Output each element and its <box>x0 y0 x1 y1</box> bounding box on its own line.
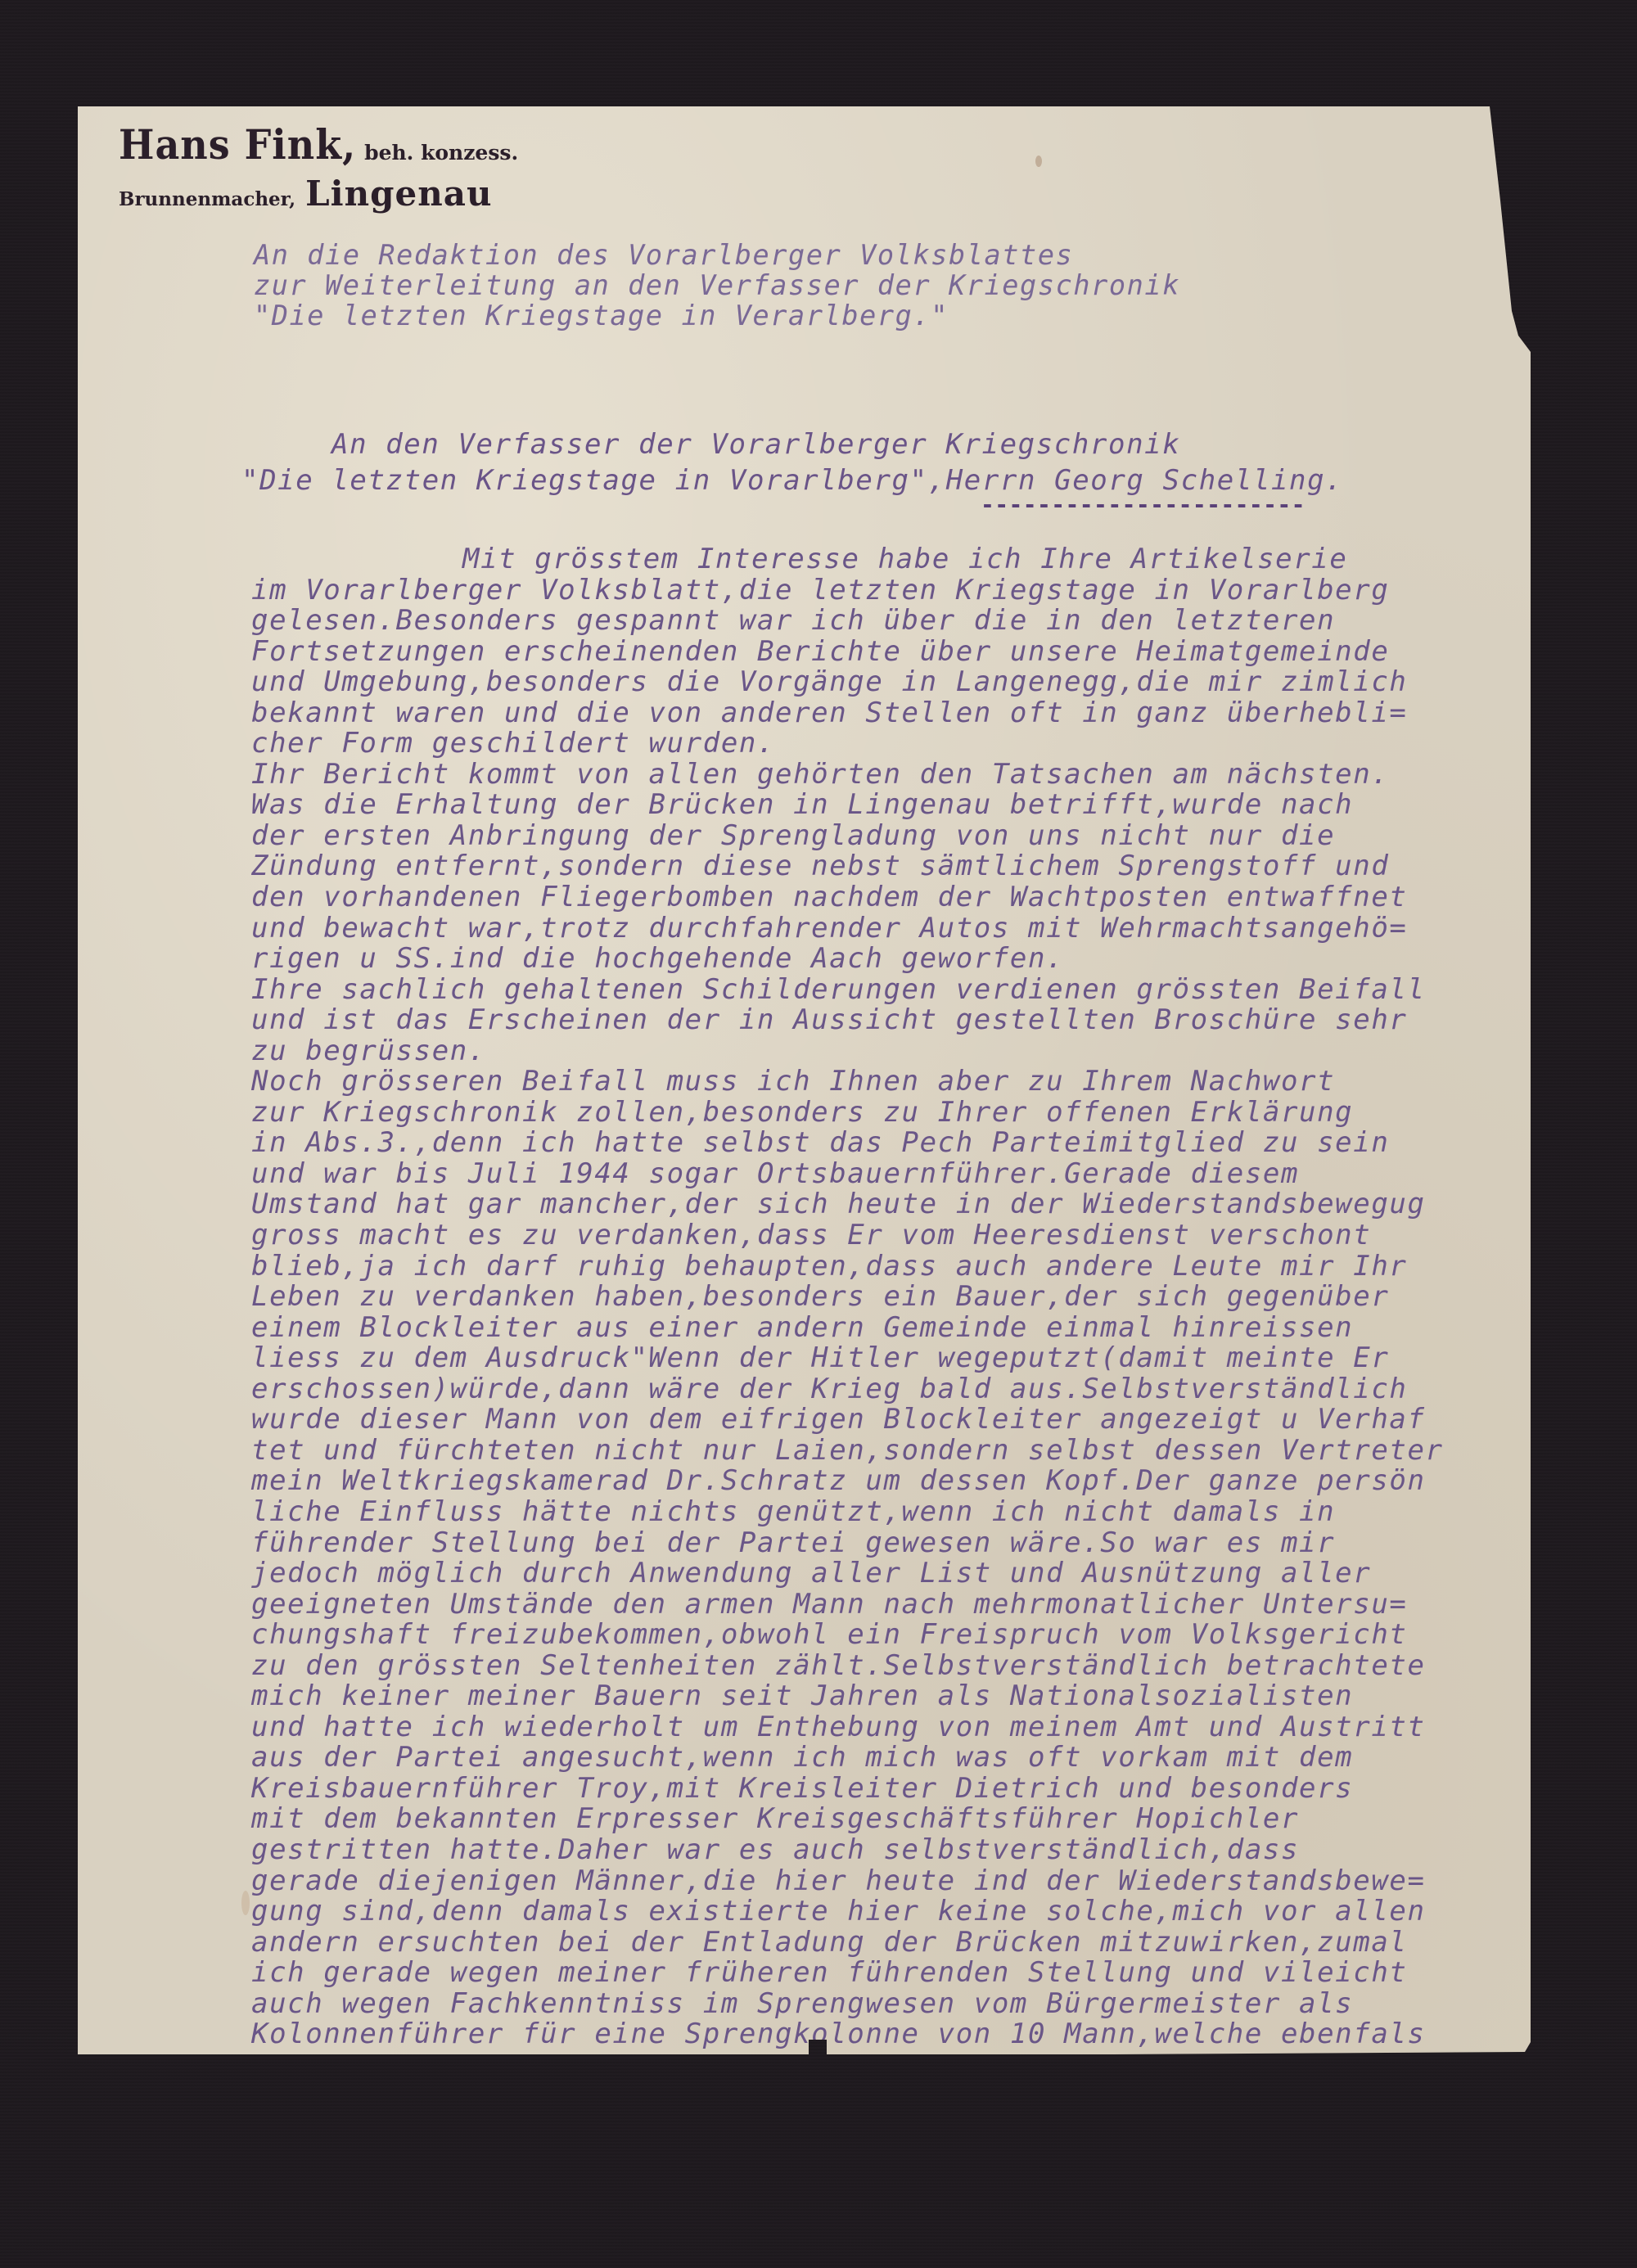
letterhead-town: Lingenau <box>305 174 492 214</box>
body-line: tet und fürchteten nicht nur Laien,sonde… <box>251 1436 1444 1467</box>
body-line: mit dem bekannten Erpresser Kreisgeschäf… <box>251 1804 1444 1835</box>
body-line: jedoch möglich durch Anwendung aller Lis… <box>251 1558 1444 1589</box>
body-line: wurde dieser Mann von dem eifrigen Block… <box>251 1405 1444 1436</box>
address-line: "Die letzten Kriegstage in Verarlberg." <box>254 300 1180 331</box>
body-line: und ist das Erscheinen der in Aussicht g… <box>251 1005 1444 1036</box>
body-line: blieb,ja ich darf ruhig behaupten,dass a… <box>251 1251 1444 1283</box>
body-line: aus der Partei angesucht,wenn ich mich w… <box>251 1743 1444 1774</box>
paper-stain <box>1035 156 1042 167</box>
body-line: Umstand hat gar mancher,der sich heute i… <box>251 1189 1444 1220</box>
body-line: geeigneten Umstände den armen Mann nach … <box>251 1589 1444 1621</box>
body-line: bekannt waren und die von anderen Stelle… <box>251 698 1444 729</box>
body-line: der ersten Anbringung der Sprengladung v… <box>251 821 1444 852</box>
letterhead-name: Hans Fink, <box>119 121 356 169</box>
letterhead-trade: Brunnenmacher, <box>119 188 295 210</box>
body-line: chungshaft freizubekommen,obwohl ein Fre… <box>251 1620 1444 1651</box>
body-line: erschossen)würde,dann wäre der Krieg bal… <box>251 1374 1444 1405</box>
letterhead-line-2: Brunnenmacher, Lingenau <box>119 174 518 214</box>
body-line: mich keiner meiner Bauern seit Jahren al… <box>251 1681 1444 1712</box>
paper-stain <box>241 1891 250 1915</box>
body-line: in Abs.3.,denn ich hatte selbst das Pech… <box>251 1128 1444 1159</box>
body-line: mein Weltkriegskamerad Dr.Schratz um des… <box>251 1466 1444 1497</box>
body-line: und bewacht war,trotz durchfahrender Aut… <box>251 913 1444 945</box>
body-line: liess zu dem Ausdruck"Wenn der Hitler we… <box>251 1343 1444 1374</box>
body-line: führender Stellung bei der Partei gewese… <box>251 1528 1444 1559</box>
body-line: zur Kriegschronik zollen,besonders zu Ih… <box>251 1098 1444 1129</box>
body-line: gestritten hatte.Daher war es auch selbs… <box>251 1835 1444 1866</box>
address-line: zur Weiterleitung an den Verfasser der K… <box>254 270 1180 300</box>
salutation-line: An den Verfasser der Vorarlberger Kriegs… <box>241 426 1343 462</box>
body-line: gelesen.Besonders gespannt war ich über … <box>251 606 1444 637</box>
body-line: Ihre sachlich gehaltenen Schilderungen v… <box>251 975 1444 1006</box>
letterhead: Hans Fink, beh. konzess. Brunnenmacher, … <box>119 124 518 214</box>
body-line: Zündung entfernt,sondern diese nebst säm… <box>251 851 1444 882</box>
letterhead-license: beh. konzess. <box>364 141 518 165</box>
body-line: cher Form geschildert wurden. <box>251 728 1444 760</box>
body-line: Kolonnenführer für eine Sprengkolonne vo… <box>251 2019 1444 2050</box>
salutation-underline: ----------------------- <box>981 491 1306 518</box>
letterhead-line-1: Hans Fink, beh. konzess. <box>119 124 518 169</box>
body-line: im Vorarlberger Volksblatt,die letzten K… <box>251 575 1444 606</box>
body-line: Fortsetzungen erscheinenden Berichte übe… <box>251 637 1444 668</box>
address-line: An die Redaktion des Vorarlberger Volksb… <box>254 240 1180 270</box>
body-line: Ihr Bericht kommt von allen gehörten den… <box>251 760 1444 791</box>
letter-body: Mit grösstem Interesse habe ich Ihre Art… <box>251 544 1444 2050</box>
body-line: Kreisbauernführer Troy,mit Kreisleiter D… <box>251 1774 1444 1805</box>
body-line: und Umgebung,besonders die Vorgänge in L… <box>251 667 1444 698</box>
body-line: Was die Erhaltung der Brücken in Lingena… <box>251 790 1444 821</box>
body-line: Noch grösseren Beifall muss ich Ihnen ab… <box>251 1066 1444 1098</box>
body-line: ich gerade wegen meiner früheren führend… <box>251 1958 1444 1989</box>
body-line: liche Einfluss hätte nichts genützt,wenn… <box>251 1497 1444 1528</box>
body-line: Mit grösstem Interesse habe ich Ihre Art… <box>251 544 1444 575</box>
body-line: gross macht es zu verdanken,dass Er vom … <box>251 1220 1444 1251</box>
body-line: rigen u SS.ind die hochgehende Aach gewo… <box>251 944 1444 975</box>
salutation: An den Verfasser der Vorarlberger Kriegs… <box>241 426 1343 498</box>
body-line: zu begrüssen. <box>251 1036 1444 1067</box>
body-line: gung sind,denn damals existierte hier ke… <box>251 1896 1444 1928</box>
body-line: und war bis Juli 1944 sogar Ortsbauernfü… <box>251 1159 1444 1190</box>
address-block: An die Redaktion des Vorarlberger Volksb… <box>254 240 1180 331</box>
body-line: gerade diejenigen Männer,die hier heute … <box>251 1866 1444 1897</box>
body-line: und hatte ich wiederholt um Enthebung vo… <box>251 1712 1444 1743</box>
body-line: Leben zu verdanken haben,besonders ein B… <box>251 1282 1444 1313</box>
body-line: einem Blockleiter aus einer andern Gemei… <box>251 1313 1444 1344</box>
body-line: den vorhandenen Fliegerbomben nachdem de… <box>251 882 1444 913</box>
body-line: auch wegen Fachkenntniss im Sprengwesen … <box>251 1989 1444 2020</box>
body-line: zu den grössten Seltenheiten zählt.Selbs… <box>251 1651 1444 1682</box>
letter-page: Hans Fink, beh. konzess. Brunnenmacher, … <box>78 106 1531 2054</box>
body-line: andern ersuchten bei der Entladung der B… <box>251 1928 1444 1959</box>
